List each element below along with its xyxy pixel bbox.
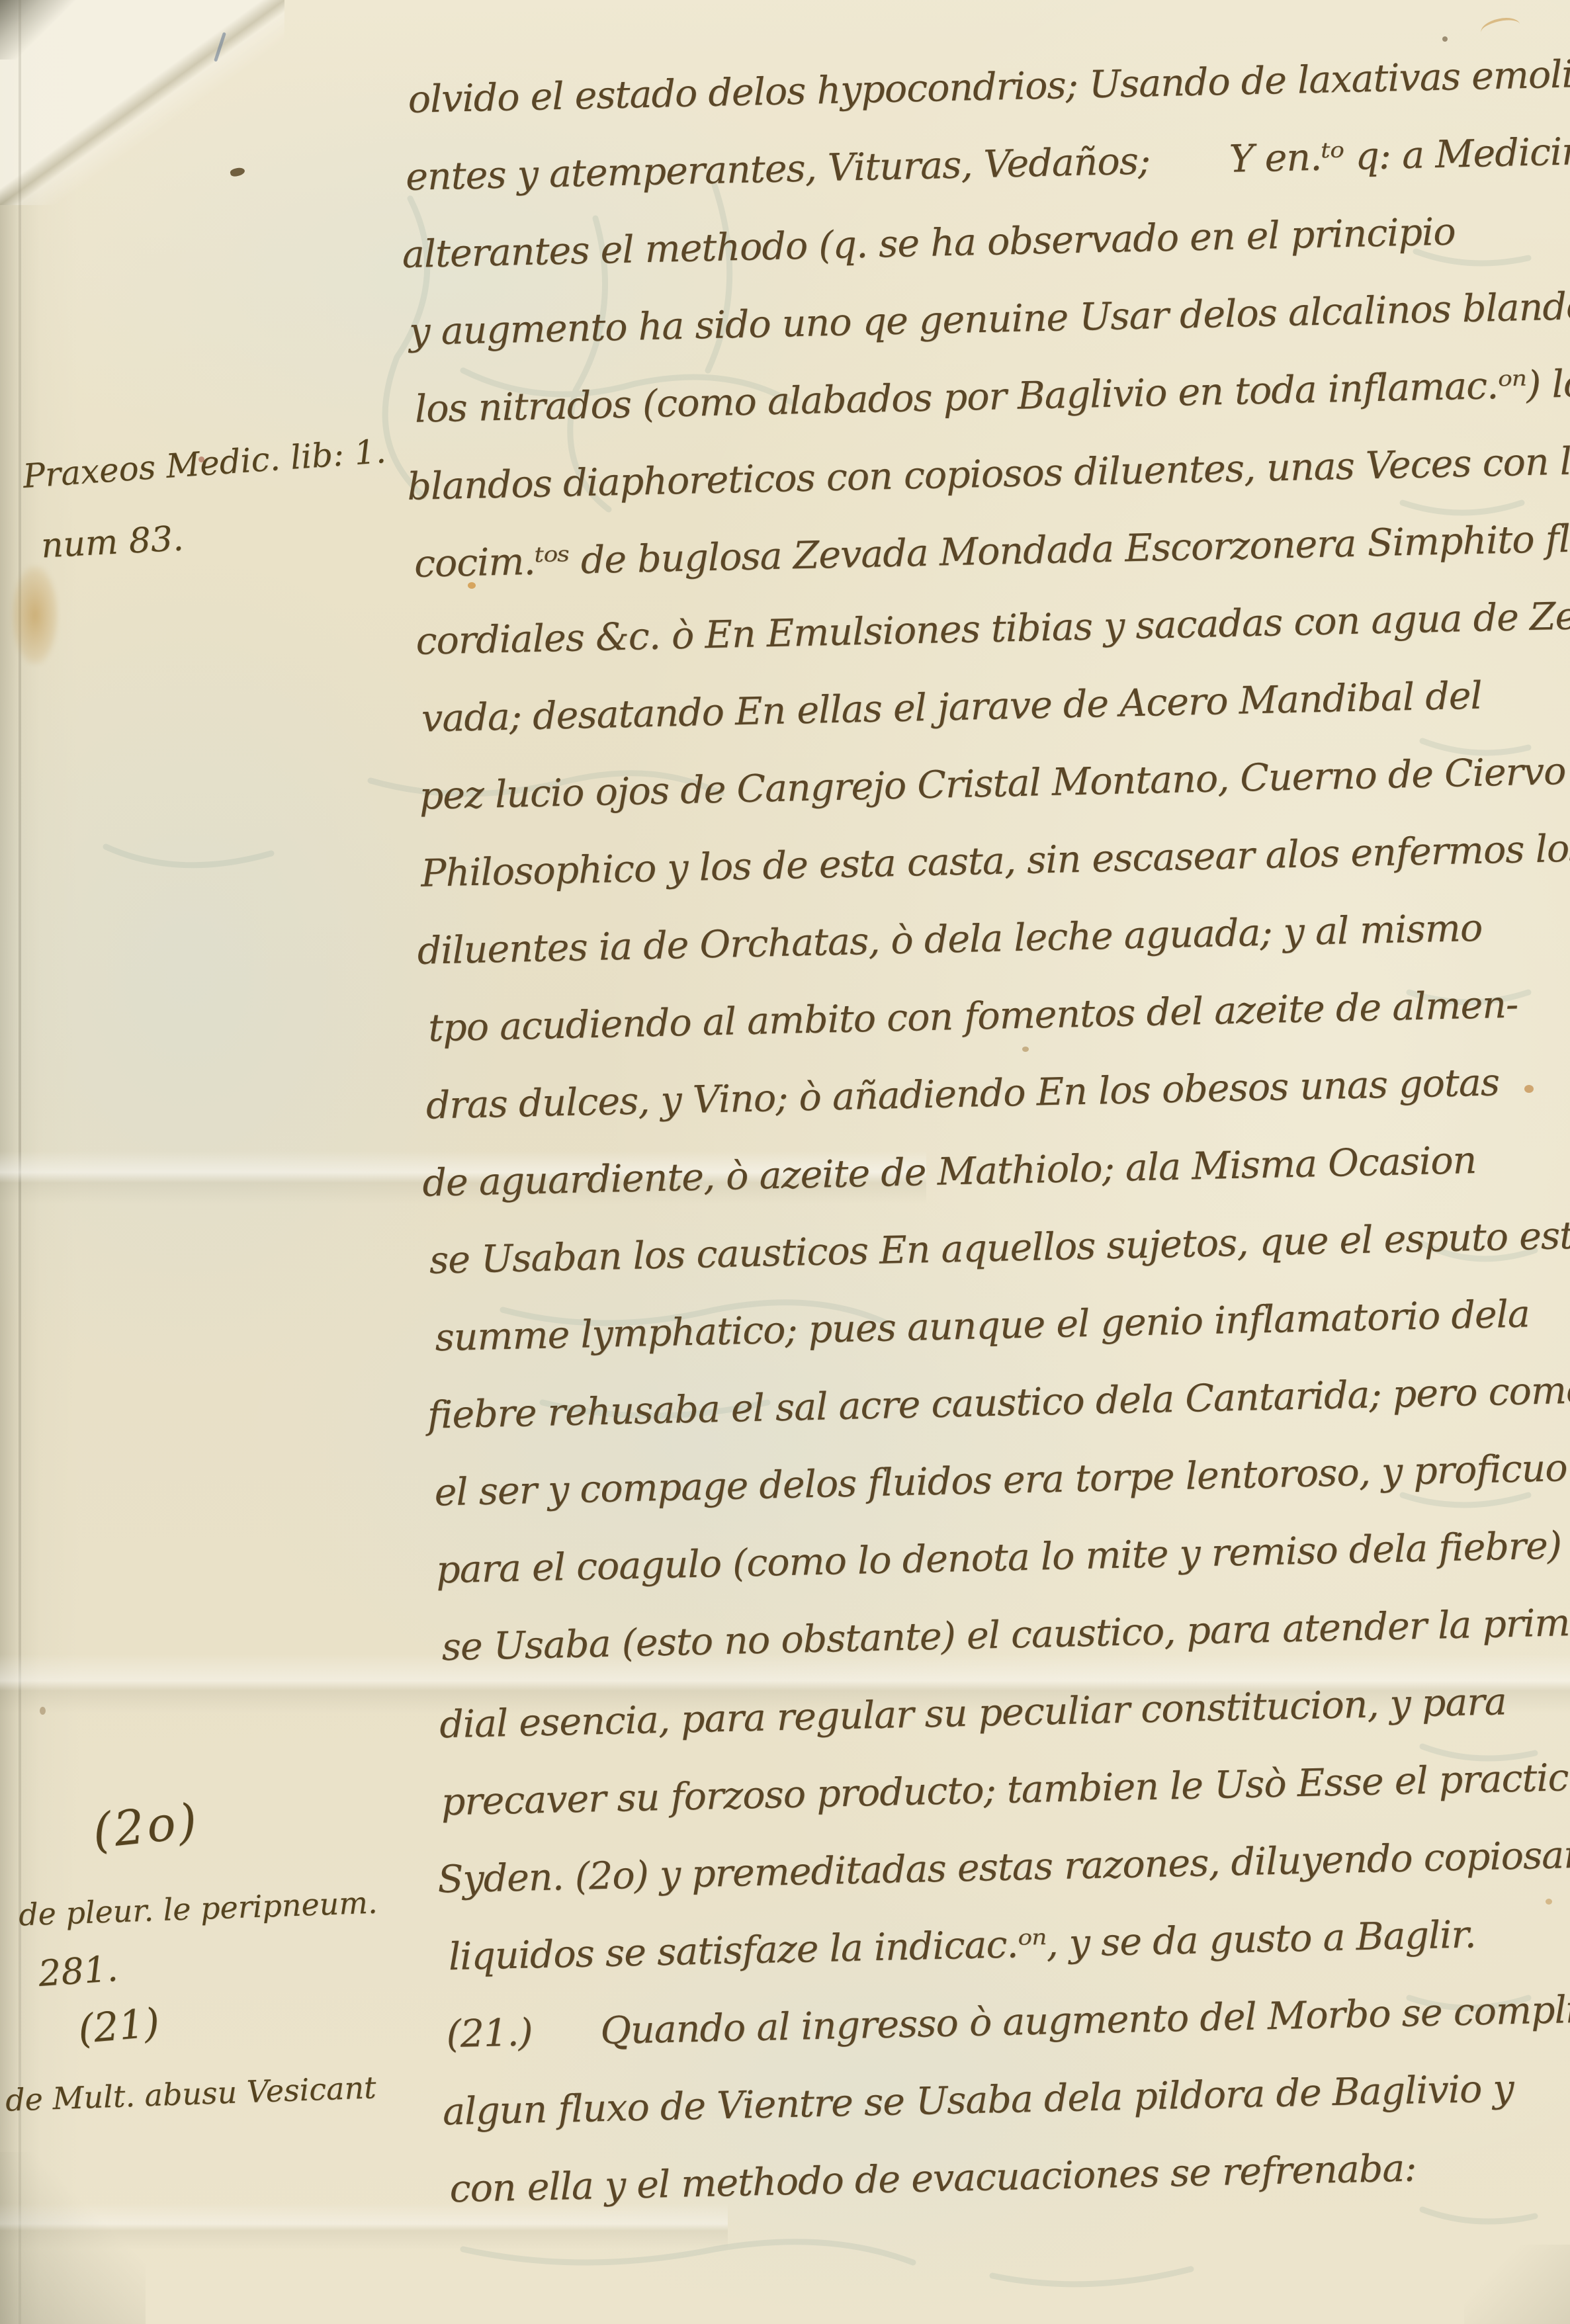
ink-speck: [1442, 36, 1448, 42]
manuscript-text-body: olvido el estado delos hypocondrios; Usa…: [404, 53, 1570, 2245]
page-edge-shadow: [1464, 2245, 1570, 2324]
margin-note-praxeos-num: num 83.: [40, 519, 185, 566]
footnote-page-20: 281.: [37, 1948, 119, 1995]
footnote-ref-21: (21): [76, 2000, 161, 2053]
ink-speck: [40, 1707, 46, 1715]
manuscript-page: Praxeos Medic. lib: 1. num 83. (2o) de p…: [0, 0, 1570, 2324]
ink-stain: [12, 566, 58, 665]
page-edge-shadow: [0, 2152, 146, 2324]
footnote-ref-20: (2o): [90, 1793, 202, 1859]
page-edge-shadow: [0, 0, 79, 60]
margin-note-praxeos: Praxeos Medic. lib: 1.: [22, 432, 388, 495]
footnote-citation-20: de pleur. le peripneum.: [18, 1885, 378, 1933]
footnote-citation-21: de Mult. abusu Vesicant: [5, 2069, 376, 2118]
ink-speck: [1479, 15, 1522, 42]
